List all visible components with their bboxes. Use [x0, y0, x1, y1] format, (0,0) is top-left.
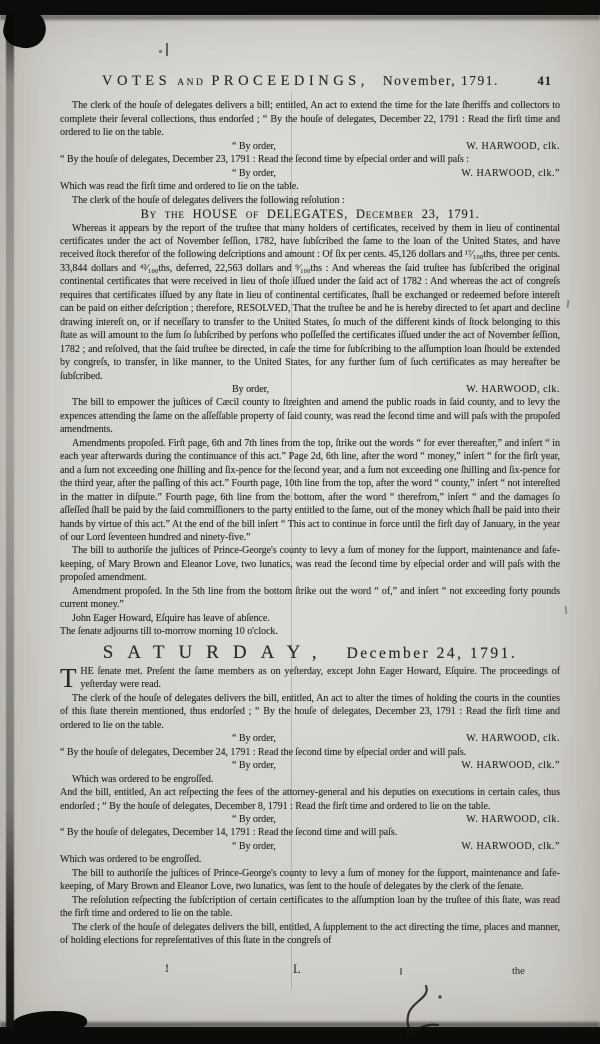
by-order-label: “ By order,	[232, 759, 276, 772]
paragraph-amendment-proposed: Amendment propoſed. In the 5th line from…	[60, 585, 560, 612]
by-order-line: “ By order,W. HARWOOD, clk.”	[60, 759, 560, 772]
paragraph-cecil-roads-bill: The bill to empower the juſtices of Cæci…	[60, 396, 560, 436]
page-text-block: VOTESANDPROCEEDINGS, November, 1791. 41 …	[60, 74, 560, 948]
catchword: the	[512, 966, 525, 977]
by-order-label: “ By order,	[232, 167, 276, 180]
scan-edge-bottom	[0, 1027, 600, 1044]
clerk-signature: W. HARWOOD, clk.	[466, 732, 560, 745]
page-number: 41	[538, 75, 553, 88]
scan-edge-bottom-smear	[0, 1022, 600, 1028]
by-order-line: “ By order,W. HARWOOD, clk.	[60, 140, 560, 153]
clerk-signature: W. HARWOOD, clk.”	[461, 167, 560, 180]
drop-cap-letter: T	[60, 665, 80, 690]
journal-title: VOTESANDPROCEEDINGS,	[102, 75, 369, 90]
by-order-line: “ By order,W. HARWOOD, clk.	[60, 732, 560, 745]
printer-signature-mark: L	[293, 962, 302, 977]
endorsement-second-reading: “ By the houſe of delegates, December 23…	[60, 153, 560, 166]
stray-ink-dot	[159, 50, 162, 53]
by-order-line: “ By order,W. HARWOOD, clk.”	[60, 840, 560, 853]
paragraph-clerk-resolution: The clerk of the houſe of delegates deli…	[60, 194, 560, 207]
stray-ink-exclamation: !	[165, 961, 169, 976]
clerk-signature: W. HARWOOD, clk.”	[461, 759, 560, 772]
by-order-label: “ By order,	[232, 813, 276, 826]
clerk-signature: W. HARWOOD, clk.”	[461, 840, 560, 853]
endorsement-attorney-second: “ By the houſe of delegates, December 14…	[60, 826, 560, 839]
paragraph-howard-leave: John Eager Howard, Eſquire has leave of …	[60, 612, 560, 625]
paragraph-prince-georges-bill: The bill to authoriſe the juſtices of Pr…	[60, 544, 560, 584]
clerk-signature: W. HARWOOD, clk.	[466, 813, 560, 826]
paragraph-adjournment: The ſenate adjourns till to-morrow morni…	[60, 625, 560, 638]
paragraph-senate-met: THE ſenate met. Preſent the ſame members…	[60, 665, 560, 692]
scan-edge-top	[0, 0, 600, 15]
paragraph-courts-bill: The clerk of the houſe of delegates deli…	[60, 692, 560, 732]
paragraph-engrossed-first: Which was ordered to be engroſſed.	[60, 773, 560, 786]
handwritten-ink-squiggle	[396, 984, 448, 1040]
clerk-signature: W. HARWOOD, clk.	[466, 383, 560, 396]
scan-edge-top-smear	[0, 14, 600, 20]
paragraph-whereas-resolution: Whereas it appears by the report of the …	[60, 222, 560, 383]
by-order-line: “ By order,W. HARWOOD, clk.	[60, 813, 560, 826]
by-order-label: “ By order,	[232, 840, 276, 853]
title-word-proceedings: PROCEEDINGS,	[211, 73, 369, 89]
senate-met-text: HE ſenate met. Preſent the ſame members …	[80, 666, 560, 690]
heading-date: December 24, 1791.	[347, 647, 518, 660]
paragraph-attorney-general-bill: And the bill, entitled, An act reſpectin…	[60, 786, 560, 813]
by-order-line: “ By order,W. HARWOOD, clk.”	[60, 167, 560, 180]
title-word-votes: VOTES	[102, 73, 171, 89]
paragraph-amendments-proposed: Amendments propoſed. Firſt page, 6th and…	[60, 437, 560, 545]
by-order-label: By order,	[232, 383, 269, 396]
paragraph-engrossed-second: Which was ordered to be engroſſed.	[60, 853, 560, 866]
endorsement-courts-second: “ By the houſe of delegates, December 24…	[60, 746, 560, 759]
heading-day-name: SATURDAY,	[103, 646, 331, 659]
paragraph-sheriffs-bill: The clerk of the houſe of delegates deli…	[60, 99, 560, 139]
scan-edge-left	[6, 14, 14, 1030]
stray-ink-mark	[166, 43, 168, 56]
clerk-signature: W. HARWOOD, clk.	[466, 140, 560, 153]
by-order-label: “ By order,	[232, 140, 276, 153]
paragraph-read-first-time: Which was read the firſt time and ordere…	[60, 180, 560, 193]
stray-ink-tick	[400, 968, 402, 975]
issue-date: November, 1791.	[383, 74, 499, 87]
scanned-journal-page: VOTESANDPROCEEDINGS, November, 1791. 41 …	[0, 0, 600, 1044]
paragraph-resolution-read: The reſolution reſpecting the ſubſcripti…	[60, 894, 560, 921]
stray-ink-dash	[565, 606, 568, 614]
running-header: VOTESANDPROCEEDINGS, November, 1791. 41	[60, 74, 560, 90]
by-order-label: “ By order,	[232, 732, 276, 745]
paragraph-supplement-bill: The clerk of the houſe of delegates deli…	[60, 921, 560, 948]
paragraph-prince-georges-sent: The bill to authoriſe the juſtices of Pr…	[60, 867, 560, 894]
title-word-and: AND	[177, 78, 205, 88]
resolution-heading: By the HOUSE of DELEGATES, December 23, …	[60, 208, 560, 221]
stray-ink-dash	[566, 300, 569, 308]
saturday-section-heading: SATURDAY, December 24, 1791.	[60, 646, 560, 660]
by-order-line: By order,W. HARWOOD, clk.	[60, 383, 560, 396]
